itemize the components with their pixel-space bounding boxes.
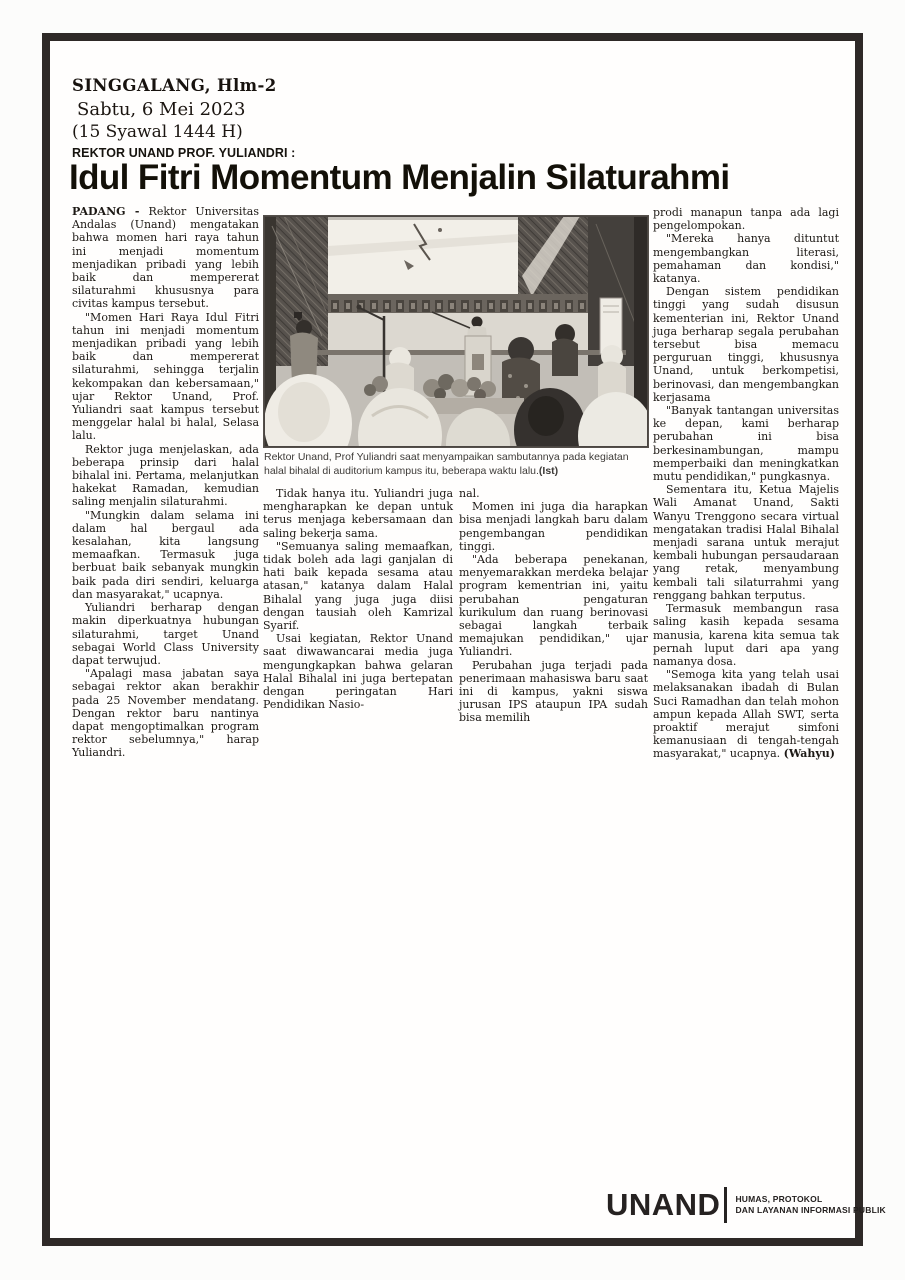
paragraph: "Banyak tantangan universitas ke depan, … <box>653 404 839 483</box>
logo-department-text: HUMAS, PROTOKOL DAN LAYANAN INFORMASI PU… <box>735 1194 885 1216</box>
unand-wordmark: UNAND <box>606 1188 720 1222</box>
projection-screen <box>328 220 518 294</box>
source-publication: SINGGALANG, Hlm-2 <box>72 76 277 95</box>
hijri-date: (15 Syawal 1444 H) <box>72 122 243 142</box>
paragraph: Sementara itu, Ketua Majelis Wali Amanat… <box>653 483 839 602</box>
paragraph: "Ada beberapa penekanan, menyemarakkan m… <box>459 553 648 659</box>
article-column-3: nal. Momen ini juga dia harapkan bisa me… <box>459 487 648 725</box>
paragraph: "Mereka hanya dituntut mengembangkan lit… <box>653 232 839 285</box>
unand-logo: UNAND HUMAS, PROTOKOL DAN LAYANAN INFORM… <box>606 1187 886 1223</box>
paragraph: Perubahan juga terjadi pada penerimaan m… <box>459 659 648 725</box>
dateline: PADANG - <box>72 205 139 218</box>
paragraph: PADANG - Rektor Universitas Andalas (Una… <box>72 205 259 311</box>
newspaper-clipping-page: { "header": { "source": "SINGGALANG, Hlm… <box>0 0 905 1280</box>
caption-text: Rektor Unand, Prof Yuliandri saat menyam… <box>264 451 629 477</box>
paragraph: Usai kegiatan, Rektor Unand saat diwawan… <box>263 632 453 711</box>
caption-credit: (Ist) <box>539 465 558 477</box>
event-photo <box>264 216 648 447</box>
publication-date: Sabtu, 6 Mei 2023 <box>77 99 245 120</box>
paragraph: Rektor juga menjelaskan, ada beberapa pr… <box>72 443 259 509</box>
dept-line-1: HUMAS, PROTOKOL <box>735 1194 822 1204</box>
paragraph: "Semuanya saling memaafkan, tidak boleh … <box>263 540 453 632</box>
paragraph-text: Rektor Universitas Andalas (Unand) menga… <box>72 205 259 310</box>
article-column-1: PADANG - Rektor Universitas Andalas (Una… <box>72 205 259 760</box>
paragraph: Momen ini juga dia harapkan bisa menjadi… <box>459 500 648 553</box>
photo-caption: Rektor Unand, Prof Yuliandri saat menyam… <box>264 451 650 478</box>
article-column-2: Tidak hanya itu. Yuliandri juga menghara… <box>263 487 453 711</box>
paragraph: prodi manapun tanpa ada lagi pengelompok… <box>653 206 839 232</box>
logo-divider-bar <box>724 1187 727 1223</box>
paragraph: "Mungkin dalam selama ini dalam hal berg… <box>72 509 259 601</box>
dept-line-2: DAN LAYANAN INFORMASI PUBLIK <box>735 1205 885 1215</box>
article-column-4: prodi manapun tanpa ada lagi pengelompok… <box>653 206 839 761</box>
stage-wall <box>328 313 588 350</box>
paragraph: Tidak hanya itu. Yuliandri juga menghara… <box>263 487 453 540</box>
paragraph: Dengan sistem pendidikan tinggi yang sud… <box>653 285 839 404</box>
paragraph: nal. <box>459 487 648 500</box>
paragraph: Termasuk membangun rasa saling kasih kep… <box>653 602 839 668</box>
byline: (Wahyu) <box>784 747 835 760</box>
ornament-band <box>328 294 588 313</box>
paragraph: "Momen Hari Raya Idul Fitri tahun ini me… <box>72 311 259 443</box>
headline: Idul Fitri Momentum Menjalin Silaturahmi <box>69 158 851 198</box>
paragraph: "Semoga kita yang telah usai melaksanaka… <box>653 668 839 760</box>
paragraph: Yuliandri berharap dengan makin diperkua… <box>72 601 259 667</box>
paragraph: "Apalagi masa jabatan saya sebagai rekto… <box>72 667 259 759</box>
